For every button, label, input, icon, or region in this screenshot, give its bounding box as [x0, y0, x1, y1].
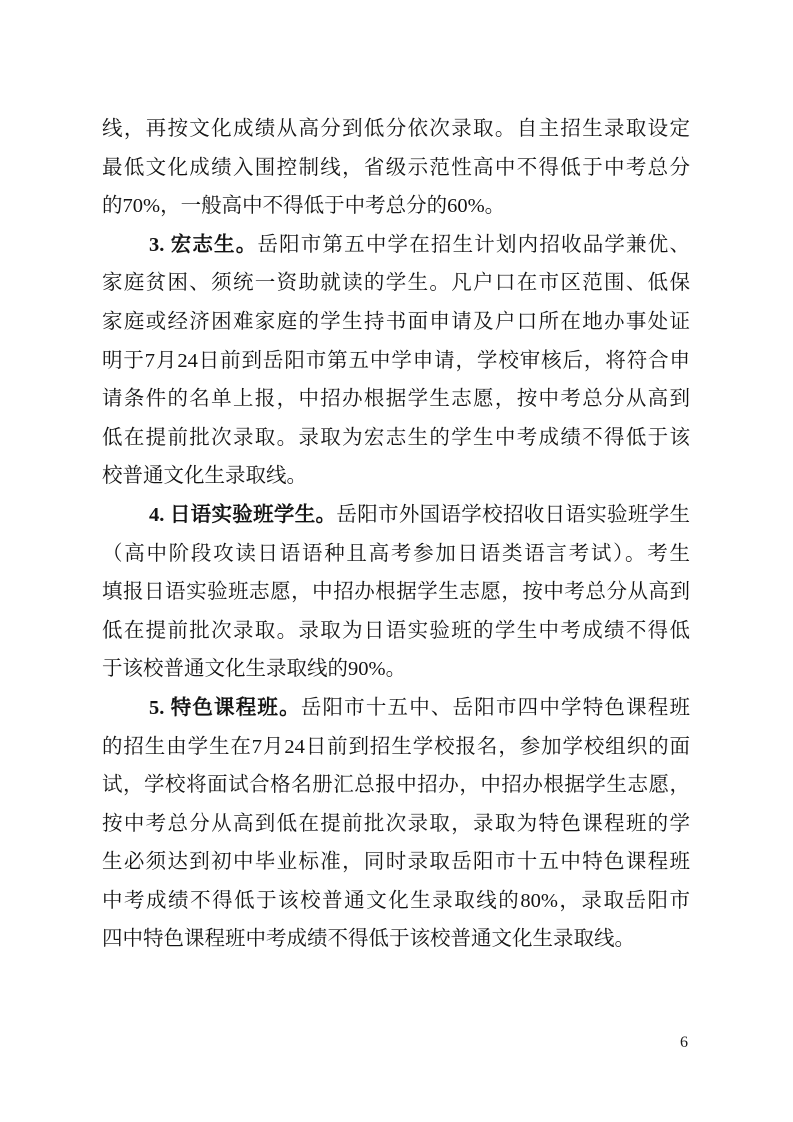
page-number: 6 — [672, 1034, 696, 1052]
text-line: 试，学校将面试合格名册汇总报中招办，中招办根据学生志愿， — [102, 766, 690, 805]
text-line: 5. 特色课程班。岳阳市十五中、岳阳市四中学特色课程班 — [102, 689, 690, 728]
text-run: 校普通文化生录取线。 — [102, 465, 307, 487]
item-heading: 4. 日语实验班学生。 — [149, 504, 336, 526]
text-line: 填报日语实验班志愿，中招办根据学生志愿，按中考总分从高到 — [102, 573, 690, 612]
text-line: 明于7月24日前到岳阳市第五中学申请，学校审核后，将符合申 — [102, 342, 690, 381]
text-run: （高中阶段攻读日语语种且高考参加日语类语言考试）。考生 — [102, 543, 690, 565]
text-line: 请条件的名单上报，中招办根据学生志愿，按中考总分从高到 — [102, 380, 690, 419]
text-run: 岳阳市十五中、岳阳市四中学特色课程班 — [301, 697, 690, 719]
text-run: 低在提前批次录取。录取为日语实验班的学生中考成绩不得低 — [102, 620, 690, 642]
text-line: 3. 宏志生。岳阳市第五中学在招生计划内招收品学兼优、 — [102, 226, 690, 265]
text-run: 家庭或经济困难家庭的学生持书面申请及户口所在地办事处证 — [102, 311, 690, 333]
text-line: 中考成绩不得低于该校普通文化生录取线的80%，录取岳阳市 — [102, 882, 690, 921]
text-line: 家庭贫困、须统一资助就读的学生。凡户口在市区范围、低保 — [102, 264, 690, 303]
text-run: 四中特色课程班中考成绩不得低于该校普通文化生录取线。 — [102, 928, 635, 950]
text-line: 四中特色课程班中考成绩不得低于该校普通文化生录取线。 — [102, 920, 690, 959]
text-run: 岳阳市第五中学在招生计划内招收品学兼优、 — [257, 234, 690, 256]
text-run: 的招生由学生在7月24日前到招生学校报名，参加学校组织的面 — [102, 736, 690, 758]
text-run: 最低文化成绩入围控制线，省级示范性高中不得低于中考总分 — [102, 157, 690, 179]
text-line: 生必须达到初中毕业标准，同时录取岳阳市十五中特色课程班 — [102, 843, 690, 882]
text-line: （高中阶段攻读日语语种且高考参加日语类语言考试）。考生 — [102, 535, 690, 574]
text-line: 4. 日语实验班学生。岳阳市外国语学校招收日语实验班学生 — [102, 496, 690, 535]
text-line: 家庭或经济困难家庭的学生持书面申请及户口所在地办事处证 — [102, 303, 690, 342]
text-run: 填报日语实验班志愿，中招办根据学生志愿，按中考总分从高到 — [102, 581, 690, 603]
text-run: 明于7月24日前到岳阳市第五中学申请，学校审核后，将符合申 — [102, 350, 690, 372]
text-run: 试，学校将面试合格名册汇总报中招办，中招办根据学生志愿， — [102, 774, 690, 796]
text-line: 低在提前批次录取。录取为日语实验班的学生中考成绩不得低 — [102, 612, 690, 651]
text-line: 线，再按文化成绩从高分到低分依次录取。自主招生录取设定 — [102, 110, 690, 149]
item-heading: 3. 宏志生。 — [149, 234, 257, 256]
text-run: 于该校普通文化生录取线的90%。 — [102, 658, 406, 680]
text-run: 的70%，一般高中不得低于中考总分的60%。 — [102, 195, 505, 217]
item-heading: 5. 特色课程班。 — [149, 697, 301, 719]
text-run: 岳阳市外国语学校招收日语实验班学生 — [336, 504, 690, 526]
text-run: 按中考总分从高到低在提前批次录取，录取为特色课程班的学 — [102, 813, 690, 835]
text-line: 按中考总分从高到低在提前批次录取，录取为特色课程班的学 — [102, 805, 690, 844]
text-line: 低在提前批次录取。录取为宏志生的学生中考成绩不得低于该 — [102, 419, 690, 458]
text-run: 中考成绩不得低于该校普通文化生录取线的80%，录取岳阳市 — [102, 890, 690, 912]
text-line: 最低文化成绩入围控制线，省级示范性高中不得低于中考总分 — [102, 149, 690, 188]
document-body: 线，再按文化成绩从高分到低分依次录取。自主招生录取设定最低文化成绩入围控制线，省… — [102, 110, 690, 959]
text-line: 于该校普通文化生录取线的90%。 — [102, 650, 690, 689]
text-line: 校普通文化生录取线。 — [102, 457, 690, 496]
document-page: 线，再按文化成绩从高分到低分依次录取。自主招生录取设定最低文化成绩入围控制线，省… — [0, 0, 793, 1122]
text-run: 低在提前批次录取。录取为宏志生的学生中考成绩不得低于该 — [102, 427, 690, 449]
text-line: 的招生由学生在7月24日前到招生学校报名，参加学校组织的面 — [102, 728, 690, 767]
text-run: 线，再按文化成绩从高分到低分依次录取。自主招生录取设定 — [102, 118, 690, 140]
text-run: 家庭贫困、须统一资助就读的学生。凡户口在市区范围、低保 — [102, 272, 690, 294]
text-run: 生必须达到初中毕业标准，同时录取岳阳市十五中特色课程班 — [102, 851, 690, 873]
text-run: 请条件的名单上报，中招办根据学生志愿，按中考总分从高到 — [102, 388, 690, 410]
text-line: 的70%，一般高中不得低于中考总分的60%。 — [102, 187, 690, 226]
